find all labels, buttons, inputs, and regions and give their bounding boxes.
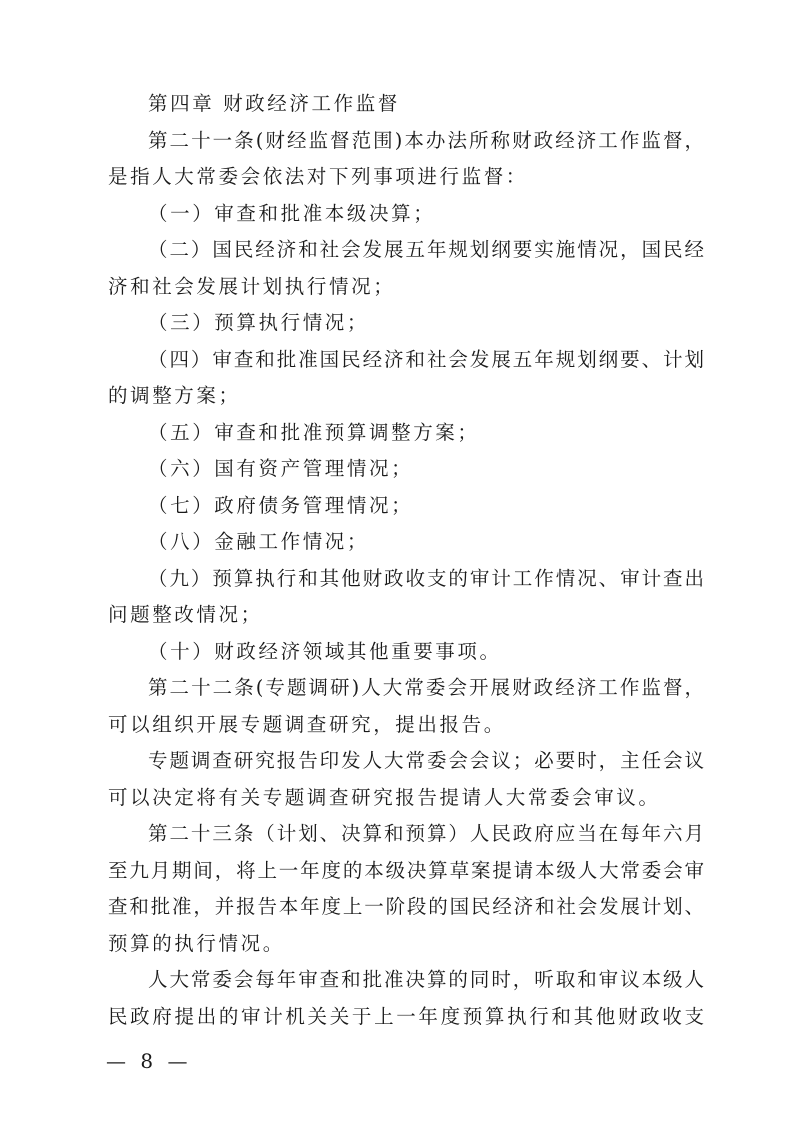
document-page: 第四章 财政经济工作监督 第二十一条(财经监督范围)本办法所称财政经济工作监督，… <box>0 0 793 1122</box>
article-22-paragraph-2: 可以决定将有关专题调查研究报告提请人大常委会审议。 <box>108 780 704 817</box>
article-22-line: 可以组织开展专题调查研究，提出报告。 <box>108 707 704 744</box>
article-23-paragraph-2: 民政府提出的审计机关关于上一年度预算执行和其他财政收支 <box>108 999 704 1036</box>
article-21-line: 是指人大常委会依法对下列事项进行监督： <box>108 159 704 196</box>
list-item-4: （四）审查和批准国民经济和社会发展五年规划纲要、计划 <box>108 342 704 379</box>
list-item-10: （十）财政经济领域其他重要事项。 <box>108 634 704 671</box>
article-22-line: 第二十二条(专题调研)人大常委会开展财政经济工作监督， <box>108 670 704 707</box>
article-23-line: 至九月期间，将上一年度的本级决算草案提请本级人大常委会审 <box>108 853 704 890</box>
page-number: — 8 — <box>106 1046 191 1076</box>
body-text: 第四章 财政经济工作监督 第二十一条(财经监督范围)本办法所称财政经济工作监督，… <box>108 86 704 1035</box>
article-23-paragraph-2: 人大常委会每年审查和批准决算的同时，听取和审议本级人 <box>108 962 704 999</box>
list-item-2: （二）国民经济和社会发展五年规划纲要实施情况，国民经 <box>108 232 704 269</box>
list-item-7: （七）政府债务管理情况； <box>108 488 704 525</box>
list-item-9: （九）预算执行和其他财政收支的审计工作情况、审计查出 <box>108 561 704 598</box>
article-23-line: 查和批准，并报告本年度上一阶段的国民经济和社会发展计划、 <box>108 889 704 926</box>
list-item-6: （六）国有资产管理情况； <box>108 451 704 488</box>
list-item-1: （一）审查和批准本级决算； <box>108 196 704 233</box>
chapter-heading: 第四章 财政经济工作监督 <box>108 86 704 123</box>
list-item-3: （三）预算执行情况； <box>108 305 704 342</box>
article-21-line: 第二十一条(财经监督范围)本办法所称财政经济工作监督， <box>108 123 704 160</box>
list-item-9-cont: 问题整改情况； <box>108 597 704 634</box>
article-23-line: 第二十三条（计划、决算和预算）人民政府应当在每年六月 <box>108 816 704 853</box>
list-item-5: （五）审查和批准预算调整方案； <box>108 415 704 452</box>
list-item-4-cont: 的调整方案； <box>108 378 704 415</box>
list-item-8: （八）金融工作情况； <box>108 524 704 561</box>
article-23-line: 预算的执行情况。 <box>108 926 704 963</box>
article-22-paragraph-2: 专题调查研究报告印发人大常委会会议；必要时，主任会议 <box>108 743 704 780</box>
list-item-2-cont: 济和社会发展计划执行情况； <box>108 269 704 306</box>
